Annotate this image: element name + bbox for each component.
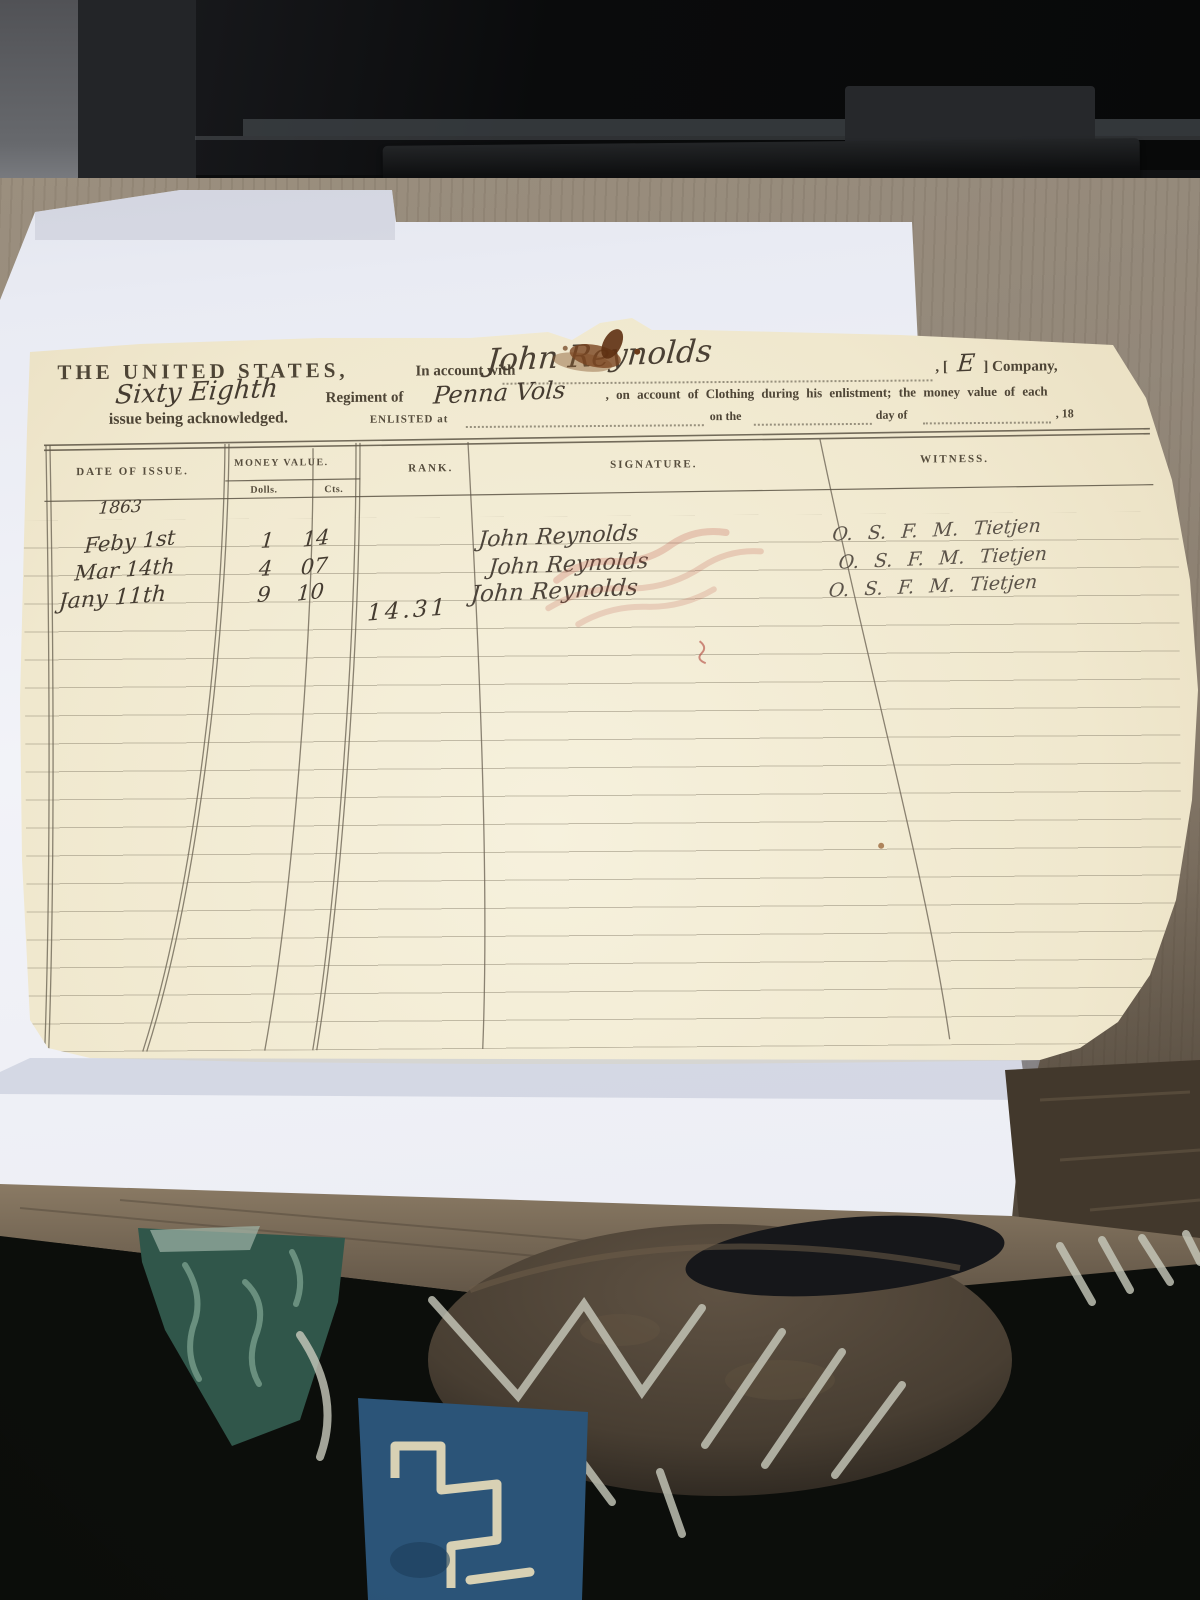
foreground-scene xyxy=(0,0,1200,1600)
photo-scene: THE UNITED STATES, In account with John … xyxy=(0,0,1200,1600)
paper-shadow-band xyxy=(0,1058,1040,1100)
blue-fabric xyxy=(358,1398,588,1600)
